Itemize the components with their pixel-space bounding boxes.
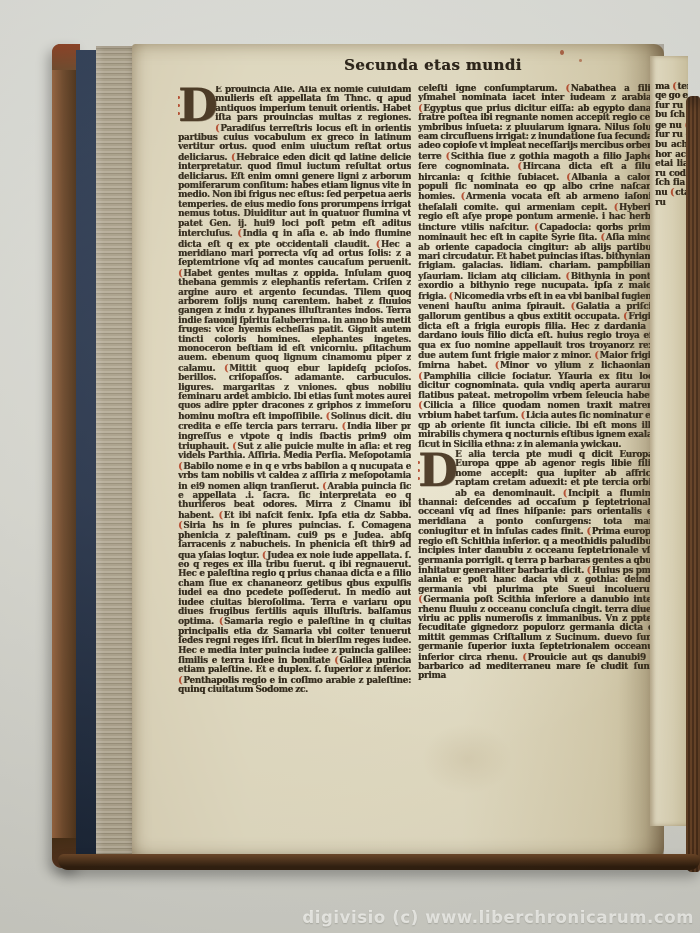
rubric-paragraph-mark: ( [565, 271, 570, 282]
rubric-paragraph-mark: ( [418, 371, 423, 382]
rubric-paragraph-mark: ( [418, 594, 423, 605]
adjacent-page-text-fragments: ma (ter hor acc ſcu ab eco rn na qe go e… [655, 82, 688, 208]
rubric-paragraph-mark: ( [262, 550, 267, 561]
rubric-paragraph-mark: ( [232, 441, 237, 452]
rubric-paragraph-mark: ( [219, 616, 224, 627]
book: Secunda etas mundi DE prouincia Aſie. Aſ… [52, 40, 700, 872]
rubric-paragraph-mark: ( [570, 301, 575, 312]
adjacent-page-sliver: ma (ter hor acc ſcu ab eco rn na qe go e… [650, 56, 688, 826]
rubric-paragraph-mark: ( [178, 461, 183, 472]
rubric-paragraph-mark: ( [586, 565, 591, 576]
rubric-paragraph-mark: ( [218, 510, 223, 521]
rubric-paragraph-mark: ( [600, 232, 605, 243]
rubric-paragraph-mark: ( [672, 81, 677, 92]
ink-speck [579, 59, 582, 62]
rubric-paragraph-mark: ( [178, 675, 183, 686]
rubric-paragraph-mark: ( [322, 481, 327, 492]
rubric-paragraph-mark: ( [237, 228, 242, 239]
ink-speck [560, 50, 564, 55]
rubric-paragraph-mark: ( [342, 421, 347, 432]
rubric-paragraph-mark: ( [460, 191, 465, 202]
rubric-paragraph-mark: ( [614, 202, 619, 213]
rubric-paragraph-mark: ( [594, 350, 599, 361]
drop-cap-initial: D [178, 87, 211, 124]
rubric-paragraph-mark: ( [495, 360, 500, 371]
rubric-paragraph-mark: ( [448, 291, 453, 302]
rubric-paragraph-mark: ( [566, 172, 571, 183]
page-heading: Secunda etas mundi [344, 56, 522, 74]
rubric-paragraph-mark: ( [670, 187, 675, 198]
text-column-left: DE prouincia Aſie. Aſia ex nomie cuiuſda… [178, 86, 411, 802]
watermark-credit: digivisio (c) www.liberchronicarum.com [302, 908, 694, 927]
rubric-paragraph-mark: ( [418, 400, 423, 411]
drop-cap-initial: D [418, 452, 451, 489]
rubric-paragraph-mark: ( [376, 239, 381, 250]
right-fore-edge-stack [686, 96, 700, 872]
rubric-paragraph-mark: ( [565, 84, 570, 94]
rubric-paragraph-mark: ( [224, 363, 229, 374]
rubric-paragraph-mark: ( [445, 151, 450, 162]
rubric-paragraph-mark: ( [334, 655, 339, 666]
rubric-paragraph-mark: ( [623, 311, 628, 322]
rubric-paragraph-mark: ( [418, 103, 423, 114]
rubric-paragraph-mark: ( [178, 520, 183, 531]
rubric-paragraph-mark: ( [178, 268, 183, 279]
rubric-paragraph-mark: ( [517, 161, 522, 172]
text-column-right: celeſti igne conſumptarum. (Nabathea a f… [418, 84, 656, 816]
rubric-paragraph-mark: ( [534, 222, 539, 233]
rubric-paragraph-mark: ( [563, 488, 568, 499]
bottom-cover-edge [58, 854, 700, 870]
rubric-paragraph-mark: ( [231, 152, 236, 163]
book-page: Secunda etas mundi DE prouincia Aſie. Aſ… [132, 44, 664, 862]
rubric-paragraph-mark: ( [326, 411, 331, 422]
rubric-paragraph-mark: ( [522, 652, 527, 663]
photo-of-open-incunabulum: Secunda etas mundi DE prouincia Aſie. Aſ… [0, 0, 700, 933]
book-cover-board-edge [76, 50, 98, 862]
rubric-paragraph-mark: ( [520, 410, 525, 421]
rubric-paragraph-mark: ( [586, 526, 591, 537]
